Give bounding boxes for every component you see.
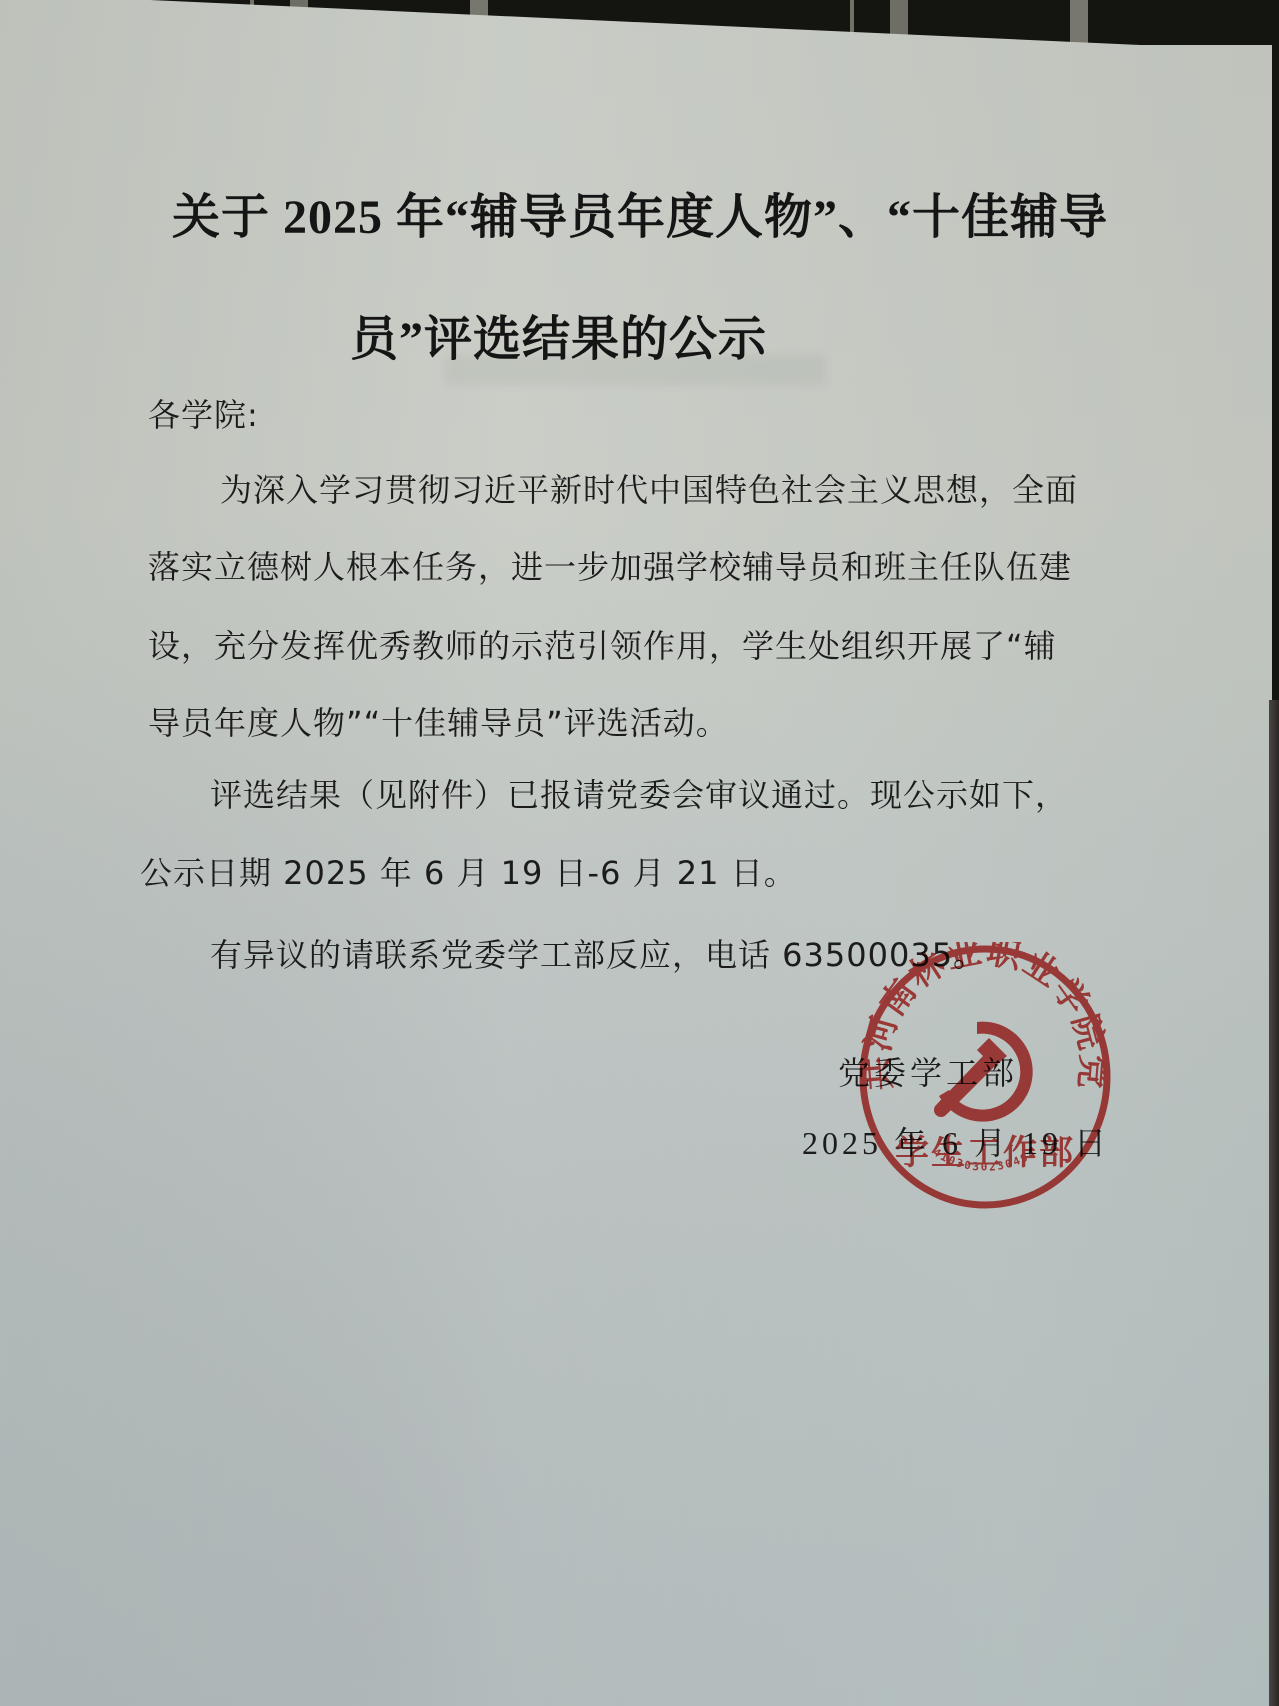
hammer-and-sickle-icon bbox=[934, 1022, 1033, 1122]
paper-sheet: 关于 2025 年“辅导员年度人物”、“十佳辅导 员”评选结果的公示 各学院: … bbox=[0, 0, 1272, 1706]
document-title-line-1: 关于 2025 年“辅导员年度人物”、“十佳辅导 bbox=[140, 178, 1140, 247]
paragraph-1-line-1: 为深入学习贯彻习近平新时代中国特色社会主义思想，全面 bbox=[220, 465, 1078, 511]
paragraph-2-line-1: 评选结果（见附件）已报请党委会审议通过。现公示如下， bbox=[210, 770, 1068, 816]
paragraph-1-line-3: 设，充分发挥优秀教师的示范引领作用，学生处组织开展了“辅 bbox=[148, 621, 1057, 667]
photo-scene: 关于 2025 年“辅导员年度人物”、“十佳辅导 员”评选结果的公示 各学院: … bbox=[0, 0, 1279, 1706]
salutation: 各学院: bbox=[148, 390, 259, 436]
paragraph-2-line-2: 公示日期 2025 年 6 月 19 日-6 月 21 日。 bbox=[140, 848, 797, 894]
paragraph-1-line-4: 导员年度人物”“十佳辅导员”评选活动。 bbox=[148, 698, 729, 744]
paper-edge-shadow bbox=[1269, 700, 1279, 1706]
official-seal: 中共河南林业职业学院党委 学生工作部 4103030230494 bbox=[855, 942, 1115, 1212]
paragraph-1-line-2: 落实立德树人根本任务，进一步加强学校辅导员和班主任队伍建 bbox=[148, 542, 1072, 588]
document-title-line-2: 员”评选结果的公示 bbox=[350, 300, 830, 369]
